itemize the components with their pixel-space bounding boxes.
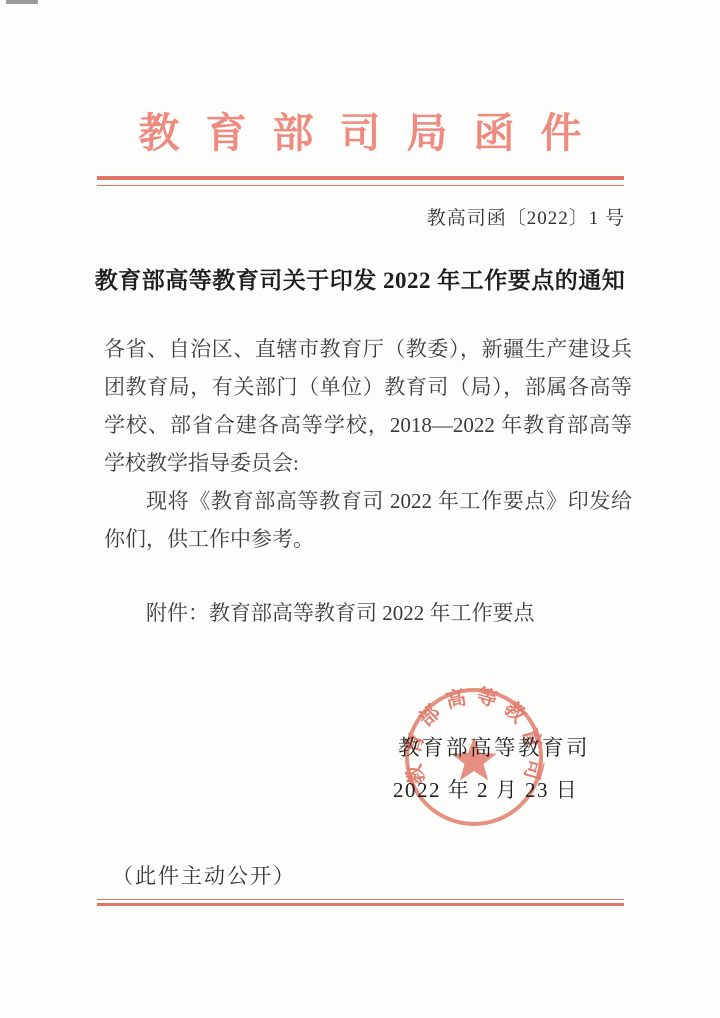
disclosure-note: （此件主动公开） xyxy=(112,860,296,890)
letterhead-divider-rule xyxy=(97,176,624,186)
footer-divider-rule xyxy=(97,899,624,906)
document-number: 教高司函〔2022〕1 号 xyxy=(427,203,625,230)
attachment-line: 附件：教育部高等教育司 2022 年工作要点 xyxy=(104,597,632,627)
document-title: 教育部高等教育司关于印发 2022 年工作要点的通知 xyxy=(50,262,670,295)
salutation-paragraph: 各省、自治区、直辖市教育厅（教委），新疆生产建设兵团教育局，有关部门（单位）教育… xyxy=(104,330,632,482)
signature-date: 2022 年 2 月 23 日 xyxy=(393,774,578,804)
scanned-letter-page: 教育部司局函件 教高司函〔2022〕1 号 教育部高等教育司关于印发 2022 … xyxy=(0,0,720,1018)
scan-artifact xyxy=(6,0,38,4)
signature-org: 教育部高等教育司 xyxy=(398,731,590,762)
body-text: 各省、自治区、直辖市教育厅（教委），新疆生产建设兵团教育局，有关部门（单位）教育… xyxy=(104,330,632,558)
letterhead-title: 教育部司局函件 xyxy=(0,100,720,159)
main-paragraph: 现将《教育部高等教育司 2022 年工作要点》印发给你们，供工作中参考。 xyxy=(104,482,632,558)
